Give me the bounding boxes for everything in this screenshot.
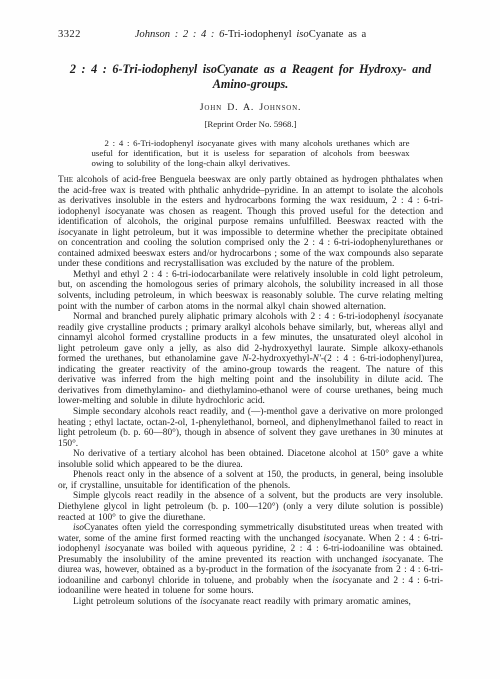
abstract: 2 : 4 : 6-Tri-iodophenyl isocyanate give… (92, 138, 410, 168)
page-number: 3322 (58, 28, 81, 41)
article-title: 2 : 4 : 6-Tri-iodophenyl isoCyanate as a… (58, 62, 443, 92)
running-head: 3322 Johnson : 2 : 4 : 6-Tri-iodophenyl … (58, 28, 443, 43)
article-title-line2: Amino-groups. (213, 77, 289, 91)
reprint-order-note: [Reprint Order No. 5968.] (58, 119, 443, 129)
paragraph: Normal and branched purely aliphatic pri… (58, 312, 443, 407)
paragraph: Phenols react only in the absence of a s… (58, 470, 443, 491)
author-name: John D. A. Johnson. (58, 102, 443, 113)
running-title: Johnson : 2 : 4 : 6-Tri-iodophenyl isoCy… (58, 28, 443, 41)
paragraph: isoCyanates often yield the correspondin… (58, 523, 443, 597)
paragraph: Simple glycols react readily in the abse… (58, 491, 443, 523)
paragraph: Simple secondary alcohols react readily,… (58, 407, 443, 449)
paragraph: No derivative of a tertiary alcohol has … (58, 449, 443, 470)
journal-page: 3322 Johnson : 2 : 4 : 6-Tri-iodophenyl … (0, 0, 500, 679)
paragraph: Light petroleum solutions of the isocyan… (58, 597, 443, 608)
paragraph: Methyl and ethyl 2 : 4 : 6-tri-iodocarba… (58, 270, 443, 312)
paragraph: The alcohols of acid-free Benguela beesw… (58, 175, 443, 270)
article-title-line1: 2 : 4 : 6-Tri-iodophenyl isoCyanate as a… (70, 62, 431, 76)
article-body: The alcohols of acid-free Benguela beesw… (58, 175, 443, 607)
